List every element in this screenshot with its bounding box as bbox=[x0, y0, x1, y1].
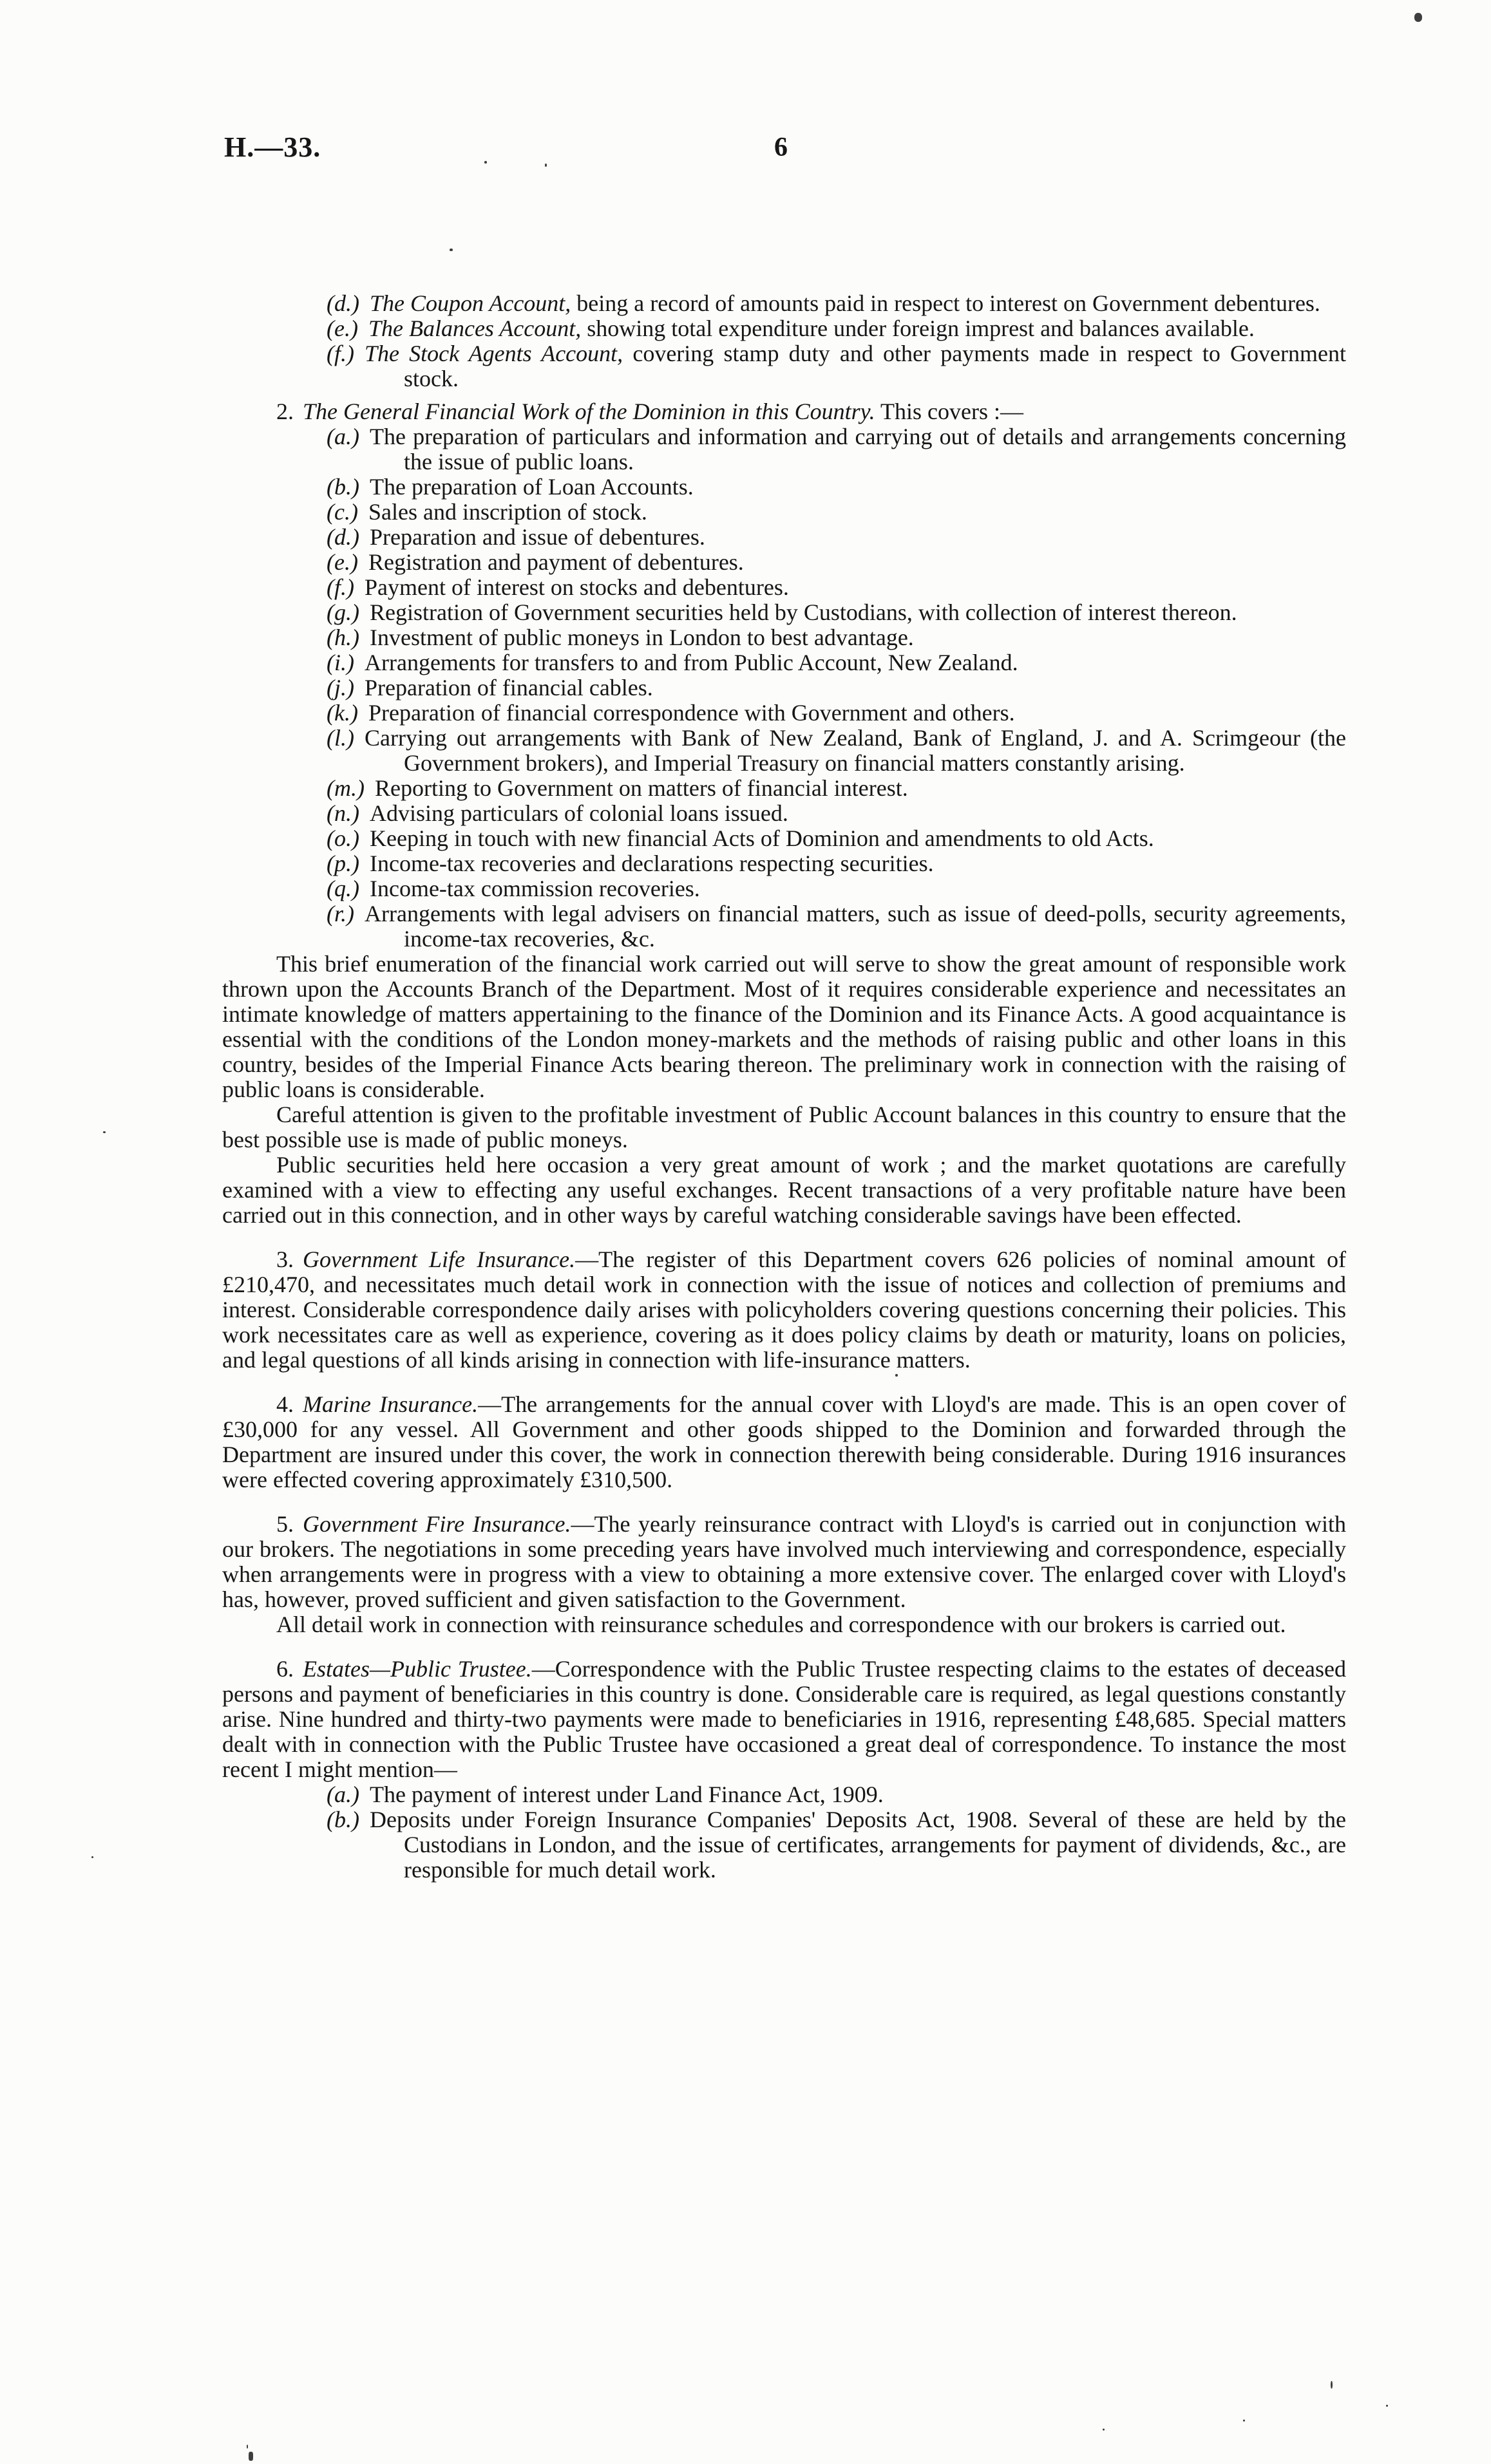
list-item-label: (e.) bbox=[327, 315, 358, 341]
list-item-label: (f.) bbox=[327, 341, 354, 366]
section-heading: 5.Government Fire Insurance.—The yearly … bbox=[222, 1512, 1346, 1612]
list-item: (d.)Preparation and issue of debentures. bbox=[222, 525, 1346, 550]
list-item: (r.)Arrangements with legal advisers on … bbox=[222, 901, 1346, 952]
list-item-text: Preparation and issue of debentures. bbox=[370, 524, 705, 550]
list-item-label: (h.) bbox=[327, 625, 359, 650]
list-item-text: Sales and inscription of stock. bbox=[368, 499, 647, 525]
paragraph: Careful attention is given to the profit… bbox=[222, 1102, 1346, 1152]
list-item-text: The preparation of Loan Accounts. bbox=[370, 474, 694, 500]
list-item: (j.)Preparation of financial cables. bbox=[222, 675, 1346, 701]
list-item: (b.)The preparation of Loan Accounts. bbox=[222, 475, 1346, 500]
section-heading: 2.The General Financial Work of the Domi… bbox=[222, 399, 1346, 424]
list-item: (n.)Advising particulars of colonial loa… bbox=[222, 801, 1346, 826]
list-item-text: Reporting to Government on matters of fi… bbox=[375, 775, 908, 801]
list-item-text: Payment of interest on stocks and debent… bbox=[365, 574, 789, 600]
list-item-text: Arrangements with legal advisers on fina… bbox=[365, 901, 1346, 952]
scan-speck bbox=[1331, 2381, 1333, 2389]
section-title: Government Life Insurance. bbox=[303, 1246, 575, 1272]
list-item-label: (m.) bbox=[327, 775, 365, 801]
list-item-text: The preparation of particulars and infor… bbox=[370, 424, 1346, 475]
list-item-text: The payment of interest under Land Finan… bbox=[370, 1782, 884, 1807]
section-number: 4. bbox=[276, 1391, 294, 1417]
section-number: 3. bbox=[276, 1246, 294, 1272]
list-item-label: (a.) bbox=[327, 424, 359, 449]
list-item: (h.)Investment of public moneys in Londo… bbox=[222, 625, 1346, 650]
list-item-label: (r.) bbox=[327, 901, 354, 926]
scan-speck bbox=[484, 161, 487, 164]
scan-speck bbox=[545, 164, 547, 167]
list-item-text: Advising particulars of colonial loans i… bbox=[370, 800, 788, 826]
scan-speck bbox=[1243, 2420, 1245, 2422]
list-item-text: being a record of amounts paid in respec… bbox=[571, 290, 1320, 316]
list-item-lead: The Coupon Account, bbox=[370, 290, 571, 316]
section-title: Marine Insurance. bbox=[303, 1391, 478, 1417]
list-item-label: (e.) bbox=[327, 549, 358, 575]
section-heading: 6.Estates—Public Trustee.—Correspondence… bbox=[222, 1657, 1346, 1782]
scan-speck bbox=[1103, 2429, 1105, 2431]
list-item: (f.)The Stock Agents Account, covering s… bbox=[222, 341, 1346, 391]
section-heading: 3.Government Life Insurance.—The registe… bbox=[222, 1247, 1346, 1373]
list-item: (q.)Income-tax commission recoveries. bbox=[222, 876, 1346, 901]
list-item: (c.)Sales and inscription of stock. bbox=[222, 500, 1346, 525]
list-item-label: (j.) bbox=[327, 675, 354, 701]
list-item-text: Carrying out arrangements with Bank of N… bbox=[365, 725, 1346, 776]
list-item-label: (f.) bbox=[327, 574, 354, 600]
list-item-label: (o.) bbox=[327, 825, 359, 851]
scanned-document-page: H.—33. 6 (d.)The Coupon Account, being a… bbox=[0, 0, 1491, 2464]
list-item-text: Preparation of financial correspondence … bbox=[368, 700, 1015, 726]
section-number: 2. bbox=[276, 399, 294, 424]
list-item-lead: The Balances Account, bbox=[368, 315, 581, 341]
section-title: Estates—Public Trustee. bbox=[303, 1656, 532, 1682]
list-item-label: (g.) bbox=[327, 599, 359, 625]
list-item-text: Arrangements for transfers to and from P… bbox=[365, 650, 1018, 675]
scan-speck bbox=[247, 2445, 248, 2449]
list-item-label: (q.) bbox=[327, 876, 359, 901]
list-item: (g.)Registration of Government securitie… bbox=[222, 600, 1346, 625]
list-item-text: Registration of Government securities he… bbox=[370, 599, 1237, 625]
list-item: (k.)Preparation of financial corresponde… bbox=[222, 701, 1346, 726]
section-number: 6. bbox=[276, 1656, 294, 1682]
list-item-label: (b.) bbox=[327, 474, 359, 500]
list-item-label: (d.) bbox=[327, 524, 359, 550]
list-item: (l.)Carrying out arrangements with Bank … bbox=[222, 726, 1346, 776]
list-item: (p.)Income-tax recoveries and declaratio… bbox=[222, 851, 1346, 876]
scan-speck bbox=[895, 1374, 898, 1377]
list-item: (i.)Arrangements for transfers to and fr… bbox=[222, 650, 1346, 675]
list-item-label: (l.) bbox=[327, 725, 354, 751]
list-item: (e.)Registration and payment of debentur… bbox=[222, 550, 1346, 575]
list-item-text: Income-tax recoveries and declarations r… bbox=[370, 851, 934, 876]
list-item-label: (i.) bbox=[327, 650, 354, 675]
paragraph: All detail work in connection with reins… bbox=[222, 1612, 1346, 1637]
list-item-label: (p.) bbox=[327, 851, 359, 876]
list-item-text: showing total expenditure under foreign … bbox=[581, 315, 1255, 341]
list-item-text: Income-tax commission recoveries. bbox=[370, 876, 700, 901]
list-item: (d.)The Coupon Account, being a record o… bbox=[222, 291, 1346, 316]
list-item-label: (c.) bbox=[327, 499, 358, 525]
list-item: (a.)The preparation of particulars and i… bbox=[222, 424, 1346, 475]
page-number: 6 bbox=[774, 132, 788, 163]
list-item: (a.)The payment of interest under Land F… bbox=[222, 1782, 1346, 1807]
list-item-text: Deposits under Foreign Insurance Compani… bbox=[370, 1807, 1346, 1883]
list-item-label: (b.) bbox=[327, 1807, 359, 1832]
section-title: The General Financial Work of the Domini… bbox=[303, 399, 875, 424]
scan-speck bbox=[249, 2452, 253, 2461]
scan-speck bbox=[1114, 612, 1117, 614]
list-item-label: (n.) bbox=[327, 800, 359, 826]
scan-speck bbox=[1414, 13, 1422, 22]
list-item-text: Keeping in touch with new financial Acts… bbox=[370, 825, 1154, 851]
list-item-label: (d.) bbox=[327, 290, 359, 316]
list-item-text: Investment of public moneys in London to… bbox=[370, 625, 914, 650]
section-text: This covers :— bbox=[875, 399, 1023, 424]
list-item: (m.)Reporting to Government on matters o… bbox=[222, 776, 1346, 801]
list-item-label: (k.) bbox=[327, 700, 358, 726]
scan-speck bbox=[450, 249, 453, 251]
list-item-text: Preparation of financial cables. bbox=[365, 675, 653, 701]
scan-speck bbox=[1386, 2405, 1388, 2407]
list-item: (e.)The Balances Account, showing total … bbox=[222, 316, 1346, 341]
section-title: Government Fire Insurance. bbox=[303, 1511, 571, 1537]
list-item: (o.)Keeping in touch with new financial … bbox=[222, 826, 1346, 851]
paragraph: Public securities held here occasion a v… bbox=[222, 1152, 1346, 1228]
section-number: 5. bbox=[276, 1511, 294, 1537]
list-item: (b.)Deposits under Foreign Insurance Com… bbox=[222, 1807, 1346, 1883]
section-heading: 4.Marine Insurance.—The arrangements for… bbox=[222, 1392, 1346, 1492]
list-item-label: (a.) bbox=[327, 1782, 359, 1807]
report-number: H.—33. bbox=[224, 131, 321, 164]
list-item-lead: The Stock Agents Account, bbox=[365, 341, 623, 366]
scan-speck bbox=[91, 1856, 93, 1858]
text-column: (d.)The Coupon Account, being a record o… bbox=[222, 291, 1346, 1883]
list-item: (f.)Payment of interest on stocks and de… bbox=[222, 575, 1346, 600]
scan-speck bbox=[103, 1131, 106, 1133]
paragraph: This brief enumeration of the financial … bbox=[222, 952, 1346, 1102]
list-item-text: Registration and payment of debentures. bbox=[368, 549, 744, 575]
